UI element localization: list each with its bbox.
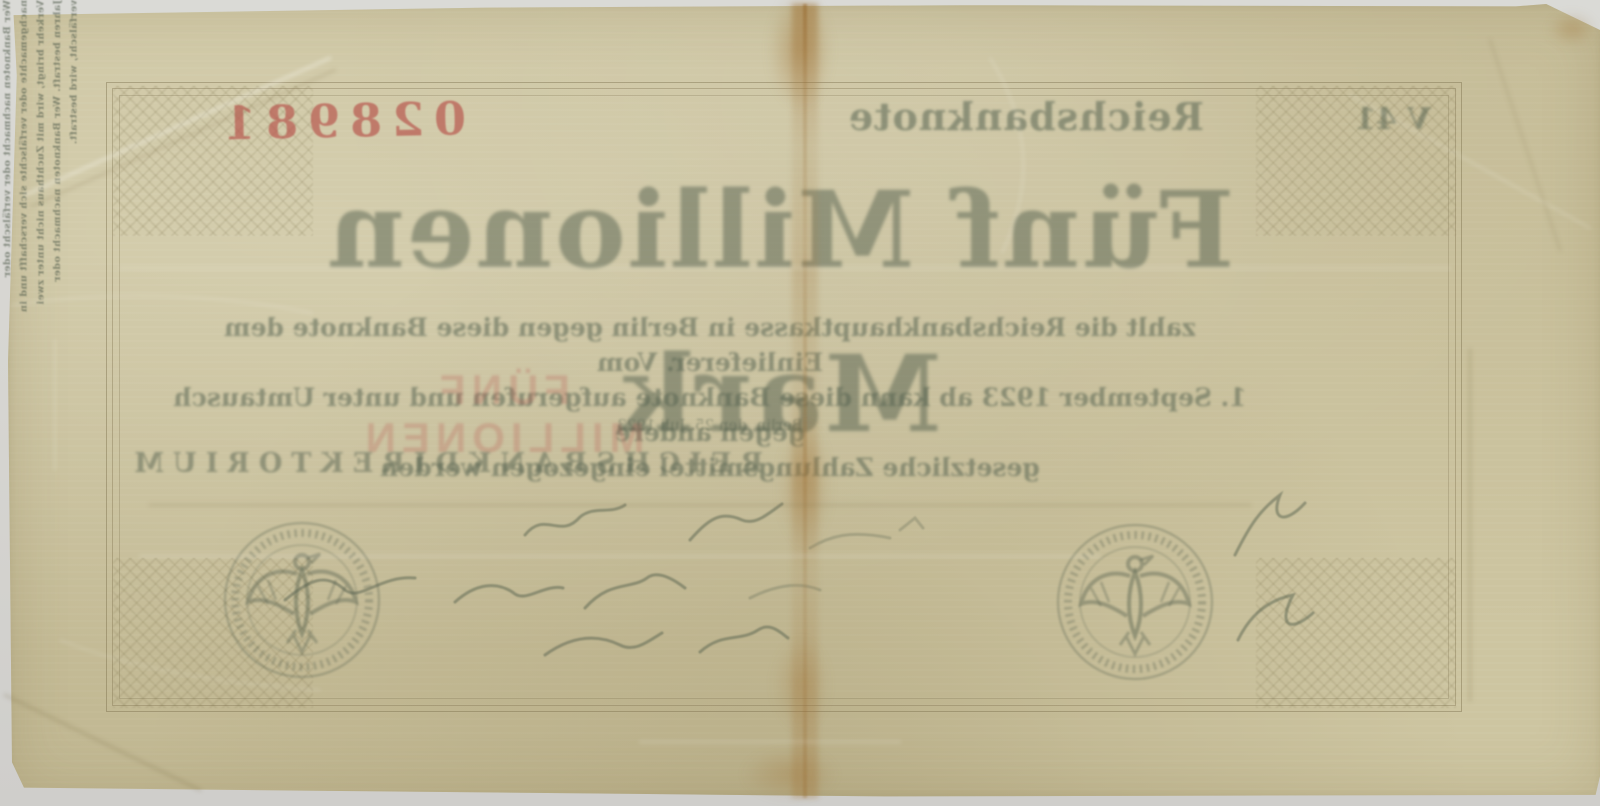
wrinkle-overlay [0, 0, 1600, 806]
banknote-photo: 028981 V 41 Reichsbanknote Fünf Millione… [0, 0, 1600, 806]
